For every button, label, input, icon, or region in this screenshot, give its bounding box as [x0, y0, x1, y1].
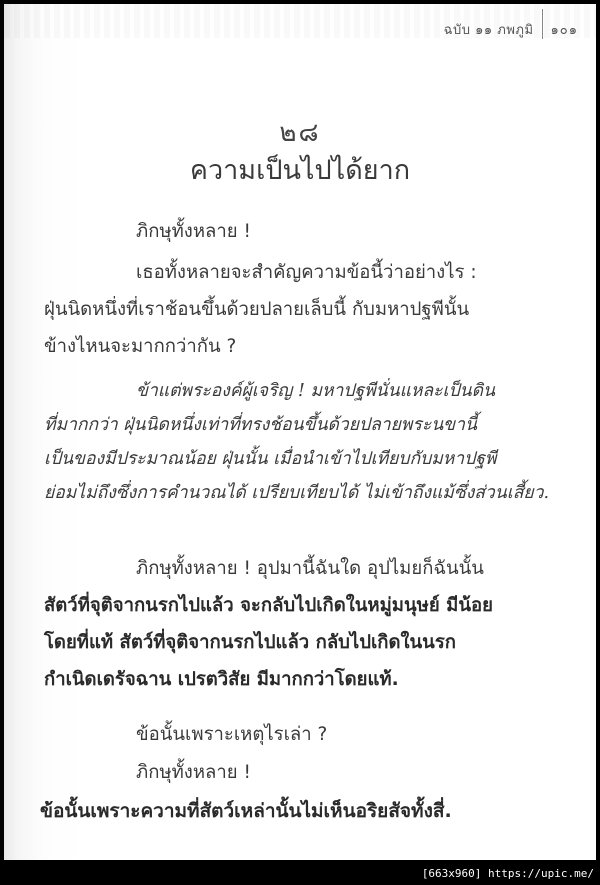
text-line: ที่มากกว่า ฝุ่นนิดหนึ่งเท่าที่ทรงช้อนขึ้…: [4, 408, 596, 442]
text-line-bold: โดยที่แท้ สัตว์ที่จุติจากนรกไปแล้ว กลับไ…: [4, 624, 596, 661]
text-line: ภิกษุทั้งหลาย ! อุปมานี้ฉันใด อุปไมยก็ฉั…: [4, 550, 596, 587]
running-header: ฉบับ ๑๑ ภพภูมิ ๑๐๑: [444, 18, 578, 40]
paragraph-address: ภิกษุทั้งหลาย !: [4, 217, 596, 246]
watermark-bar: [663x960] https://upic.me/: [0, 864, 600, 885]
chapter-title: ความเป็นไปได้ยาก: [4, 148, 596, 191]
paragraph-answer: ข้าแต่พระองค์ผู้เจริญ ! มหาปฐพีนั่นแหละเ…: [4, 374, 596, 510]
text-line: เธอทั้งหลายจะสำคัญความข้อนี้ว่าอย่างไร :: [4, 254, 596, 291]
paragraph-why: ข้อนั้นเพราะเหตุไรเล่า ?: [4, 720, 596, 749]
chapter-number: ๒๘: [4, 112, 596, 153]
paragraph-address-2: ภิกษุทั้งหลาย !: [4, 758, 596, 787]
page-number: ๑๐๑: [543, 19, 578, 40]
text-line: ย่อมไม่ถึงซึ่งการคำนวณได้ เปรียบเทียบได้…: [4, 476, 596, 510]
text-line-bold: กำเนิดเดรัจฉาน เปรตวิสัย มีมากกว่าโดยแท้…: [4, 661, 596, 698]
book-page: ฉบับ ๑๑ ภพภูมิ ๑๐๑ ๒๘ ความเป็นไปได้ยาก ภ…: [4, 4, 596, 860]
paragraph-conclusion: ข้อนั้นเพราะความที่สัตว์เหล่านั้นไม่เห็น…: [4, 796, 596, 826]
text-line: ข้าแต่พระองค์ผู้เจริญ ! มหาปฐพีนั่นแหละเ…: [4, 374, 596, 408]
text-line: ข้างไหนจะมากกว่ากัน ?: [4, 328, 596, 365]
running-title: ฉบับ ๑๑ ภพภูมิ: [444, 19, 542, 40]
text-line-bold: สัตว์ที่จุติจากนรกไปแล้ว จะกลับไปเกิดในห…: [4, 587, 596, 624]
text-line: ภิกษุทั้งหลาย !: [4, 758, 596, 787]
watermark-text: [663x960] https://upic.me/: [422, 867, 594, 880]
text-line: เป็นของมีประมาณน้อย ฝุ่นนั้น เมื่อนำเข้า…: [4, 442, 596, 476]
paragraph-simile: ภิกษุทั้งหลาย ! อุปมานี้ฉันใด อุปไมยก็ฉั…: [4, 550, 596, 698]
text-line: ฝุ่นนิดหนึ่งที่เราช้อนขึ้นด้วยปลายเล็บนี…: [4, 291, 596, 328]
paragraph-question: เธอทั้งหลายจะสำคัญความข้อนี้ว่าอย่างไร :…: [4, 254, 596, 365]
text-line: ข้อนั้นเพราะเหตุไรเล่า ?: [4, 720, 596, 749]
text-line: ภิกษุทั้งหลาย !: [4, 217, 596, 246]
text-line-bold: ข้อนั้นเพราะความที่สัตว์เหล่านั้นไม่เห็น…: [4, 796, 596, 826]
